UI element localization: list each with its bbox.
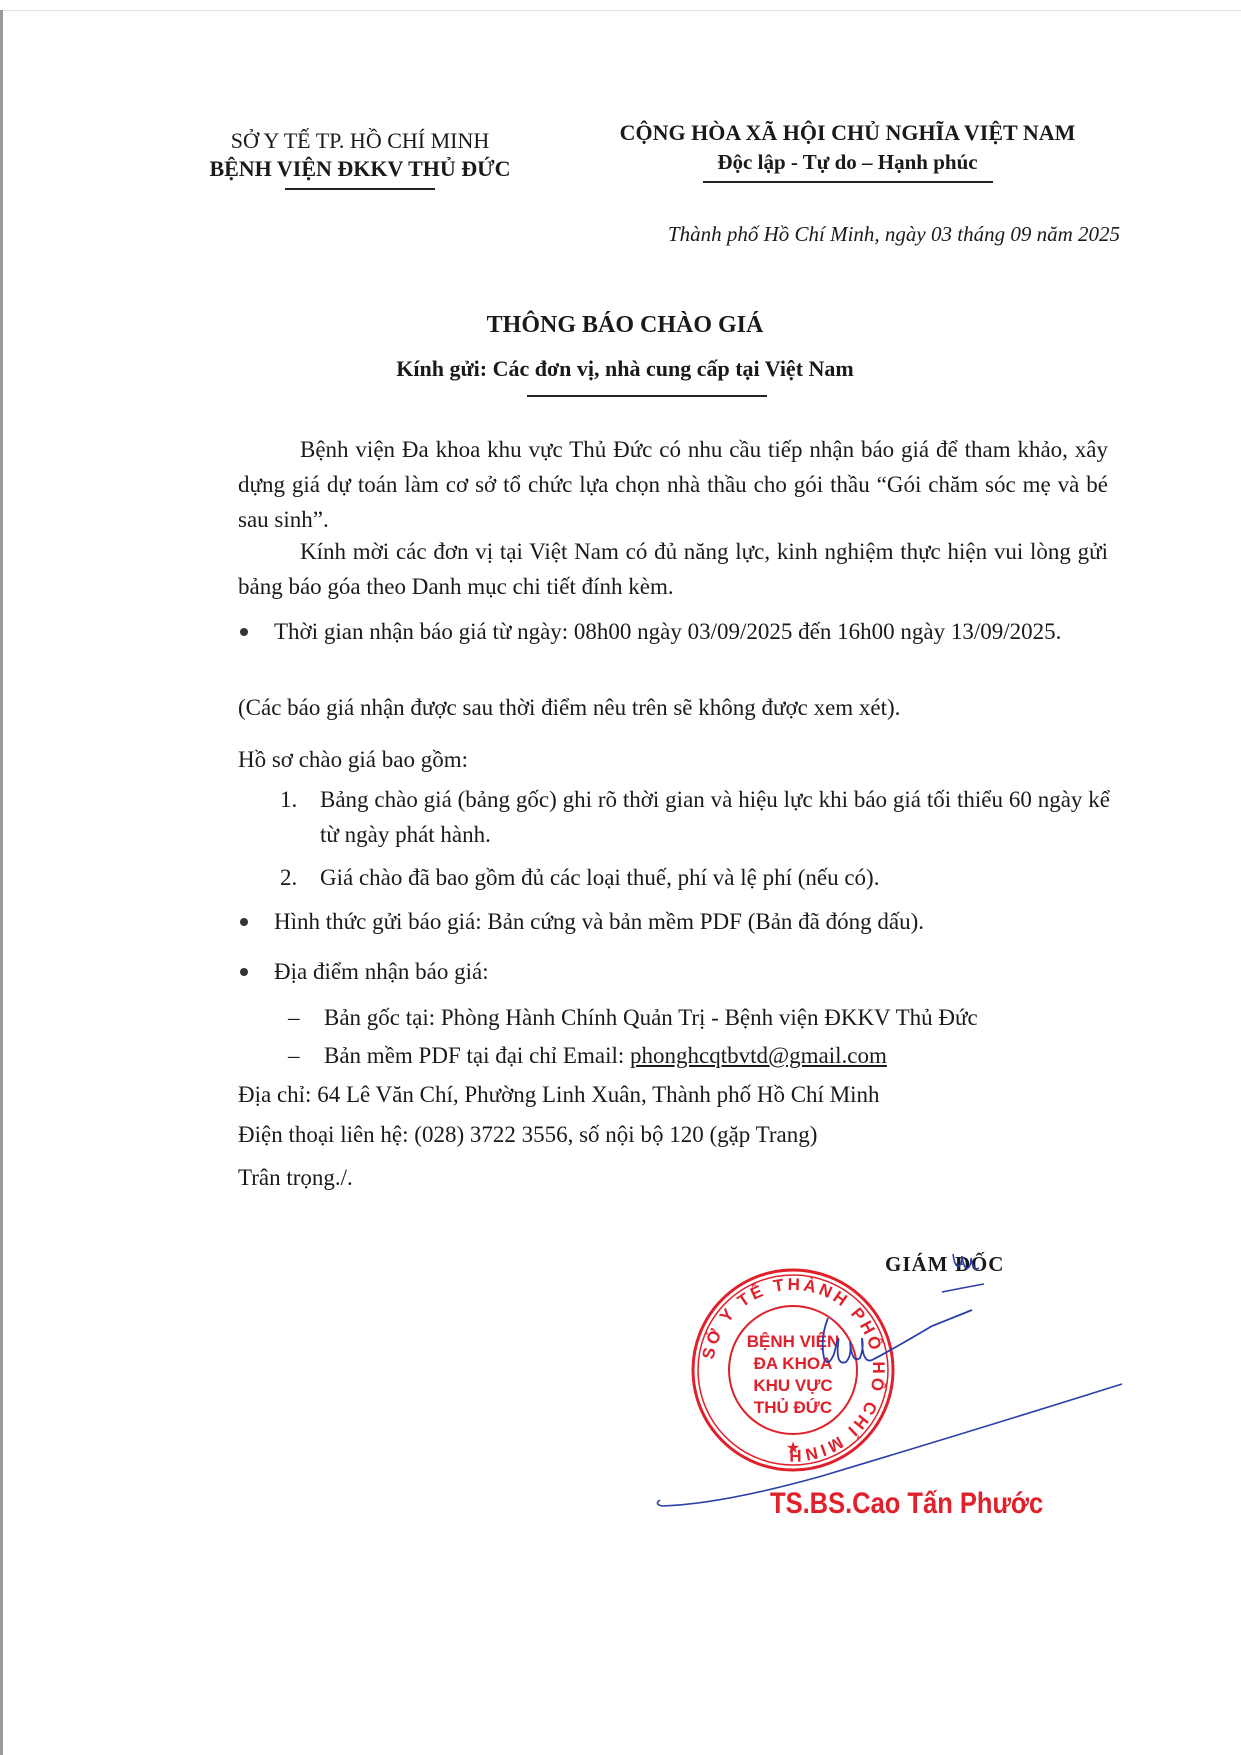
- location-item-original: – Bản gốc tại: Phòng Hành Chính Quản Trị…: [288, 1000, 1108, 1035]
- dossier-item: 2. Giá chào đã bao gồm đủ các loại thuế,…: [280, 860, 1110, 895]
- location-item-email: – Bản mềm PDF tại đại chỉ Email: phonghc…: [288, 1038, 1108, 1073]
- svg-text:BỆNH VIỆN: BỆNH VIỆN: [747, 1332, 840, 1351]
- note-line: (Các báo giá nhận được sau thời điểm nêu…: [238, 690, 1108, 725]
- bullet-time: Thời gian nhận báo giá từ ngày: 08h00 ng…: [240, 614, 1110, 649]
- phone-line: Điện thoại liên hệ: (028) 3722 3556, số …: [238, 1117, 1108, 1152]
- paragraph-invitation: Kính mời các đơn vị tại Việt Nam có đủ n…: [238, 534, 1108, 604]
- bullet-format: Hình thức gửi báo giá: Bản cứng và bản m…: [240, 904, 1110, 939]
- official-stamp: SỞ Y TẾ THÀNH PHỐ HỒ CHÍ MINH BỆNH VIỆN …: [688, 1265, 898, 1475]
- email-link[interactable]: phonghcqtbvtd@gmail.com: [630, 1043, 887, 1068]
- paragraph-intro: Bệnh viện Đa khoa khu vực Thủ Đức có nhu…: [238, 432, 1108, 537]
- paragraph-invitation-text: Kính mời các đơn vị tại Việt Nam có đủ n…: [238, 539, 1108, 599]
- page-top-edge: [0, 10, 1241, 11]
- dossier-heading: Hồ sơ chào giá bao gồm:: [238, 742, 1108, 777]
- issuer-hospital: BỆNH VIỆN ĐKKV THỦ ĐỨC: [180, 156, 540, 182]
- svg-text:THỦ ĐỨC: THỦ ĐỨC: [754, 1398, 832, 1417]
- bullet-icon: [240, 918, 248, 926]
- signature-title: GIÁM ĐỐC: [885, 1252, 1004, 1277]
- issuer-department: SỞ Y TẾ TP. HỒ CHÍ MINH: [180, 128, 540, 154]
- svg-text:ĐA KHOA: ĐA KHOA: [754, 1354, 833, 1373]
- motto-underline: [703, 181, 993, 183]
- svg-text:★: ★: [786, 1440, 800, 1457]
- national-header: CỘNG HÒA XÃ HỘI CHỦ NGHĨA VIỆT NAM Độc l…: [575, 120, 1120, 183]
- paragraph-intro-text: Bệnh viện Đa khoa khu vực Thủ Đức có nhu…: [238, 437, 1108, 532]
- address-line: Địa chỉ: 64 Lê Văn Chí, Phường Linh Xuân…: [238, 1077, 1108, 1112]
- bullet-icon: [240, 628, 248, 636]
- svg-text:KHU VỰC: KHU VỰC: [753, 1376, 832, 1395]
- issuer-header: SỞ Y TẾ TP. HỒ CHÍ MINH BỆNH VIỆN ĐKKV T…: [180, 128, 540, 190]
- issuer-underline: [285, 188, 435, 190]
- date-line: Thành phố Hồ Chí Minh, ngày 03 tháng 09 …: [530, 222, 1120, 247]
- document-title: THÔNG BÁO CHÀO GIÁ: [300, 312, 950, 339]
- recipient-underline: [527, 395, 767, 397]
- dossier-item: 1. Bảng chào giá (bảng gốc) ghi rõ thời …: [280, 782, 1110, 852]
- recipient-line: Kính gửi: Các đơn vị, nhà cung cấp tại V…: [300, 356, 950, 382]
- page-left-edge: [0, 10, 3, 1755]
- national-title: CỘNG HÒA XÃ HỘI CHỦ NGHĨA VIỆT NAM: [575, 120, 1120, 146]
- signer-name: TS.BS.Cao Tấn Phước: [770, 1487, 1043, 1521]
- national-motto: Độc lập - Tự do – Hạnh phúc: [575, 150, 1120, 175]
- closing-line: Trân trọng./.: [238, 1160, 1108, 1195]
- bullet-icon: [240, 968, 248, 976]
- bullet-location: Địa điểm nhận báo giá:: [240, 954, 1110, 989]
